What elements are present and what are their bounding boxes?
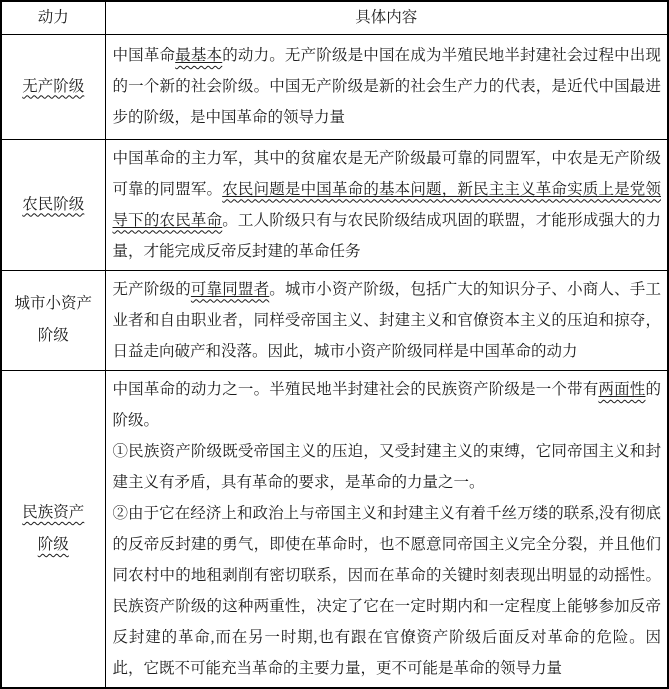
- emphasized-phrase: 可靠同盟者: [191, 281, 269, 298]
- header-cell-power: 动力: [1, 1, 105, 34]
- row-content-proletariat: 中国革命最基本的动力。无产阶级是中国在成为半殖民地半封建社会过程中出现的一个新的…: [105, 34, 668, 139]
- text-segment: 中国革命的动力之一。半殖民地半封建社会的民族资产阶级是一个带有: [113, 381, 599, 398]
- emphasized-phrase: 最基本: [175, 47, 222, 64]
- row-label-text: 阶级: [6, 529, 101, 561]
- table-row-urban-petty-bourgeoisie: 城市小资产阶级 无产阶级的可靠同盟者。城市小资产阶级，包括广大的知识分子、小商人…: [1, 270, 668, 370]
- row-content-national-bourgeoisie: 中国革命的动力之一。半殖民地半封建社会的民族资产阶级是一个带有两面性的阶级。①民…: [105, 370, 668, 688]
- row-label-text: 城市小资产: [6, 288, 101, 320]
- row-label-proletariat: 无产阶级: [1, 34, 105, 139]
- text-segment: ①民族资产阶级既受帝国主义的压迫，又受封建主义的束缚，它同帝国主义和封建主义有矛…: [113, 443, 662, 491]
- paragraph-point-1: ①民族资产阶级既受帝国主义的压迫，又受封建主义的束缚，它同帝国主义和封建主义有矛…: [113, 436, 662, 498]
- emphasized-phrase: 两面性: [598, 381, 645, 398]
- table-row-peasantry: 农民阶级 中国革命的主力军，其中的贫雇农是无产阶级最可靠的同盟军，中农是无产阶级…: [1, 139, 668, 270]
- row-label-text: 农民阶级: [6, 189, 101, 221]
- row-label-peasantry: 农民阶级: [1, 139, 105, 270]
- paragraph-point-2: ②由于它在经济上和政治上与帝国主义和封建主义有着千丝万缕的联系,没有彻底的反帝反…: [113, 498, 662, 684]
- text-segment: 无产阶级的: [113, 281, 191, 298]
- table-row-national-bourgeoisie: 民族资产阶级 中国革命的动力之一。半殖民地半封建社会的民族资产阶级是一个带有两面…: [1, 370, 668, 688]
- row-label-text: 民族资产: [6, 497, 101, 529]
- row-label-urban-petty-bourgeoisie: 城市小资产阶级: [1, 270, 105, 370]
- row-content-urban-petty-bourgeoisie: 无产阶级的可靠同盟者。城市小资产阶级，包括广大的知识分子、小商人、手工业者和自由…: [105, 270, 668, 370]
- revolution-forces-table: 动力 具体内容 无产阶级 中国革命最基本的动力。无产阶级是中国在成为半殖民地半封…: [0, 0, 669, 689]
- text-segment: 中国革命: [113, 47, 176, 64]
- paragraph-intro: 中国革命的动力之一。半殖民地半封建社会的民族资产阶级是一个带有两面性的阶级。: [113, 374, 662, 436]
- row-label-text: 阶级: [6, 320, 101, 352]
- paragraph: 中国革命的主力军，其中的贫雇农是无产阶级最可靠的同盟军，中农是无产阶级可靠的同盟…: [113, 143, 662, 267]
- text-segment: ②由于它在经济上和政治上与帝国主义和封建主义有着千丝万缕的联系,没有彻底的反帝反…: [113, 505, 662, 677]
- table-row-proletariat: 无产阶级 中国革命最基本的动力。无产阶级是中国在成为半殖民地半封建社会过程中出现…: [1, 34, 668, 139]
- paragraph: 中国革命最基本的动力。无产阶级是中国在成为半殖民地半封建社会过程中出现的一个新的…: [113, 40, 662, 133]
- paragraph: 无产阶级的可靠同盟者。城市小资产阶级，包括广大的知识分子、小商人、手工业者和自由…: [113, 274, 662, 367]
- header-row: 动力 具体内容: [1, 1, 668, 34]
- row-content-peasantry: 中国革命的主力军，其中的贫雇农是无产阶级最可靠的同盟军，中农是无产阶级可靠的同盟…: [105, 139, 668, 270]
- row-label-national-bourgeoisie: 民族资产阶级: [1, 370, 105, 688]
- row-label-text: 无产阶级: [6, 71, 101, 103]
- header-cell-content: 具体内容: [105, 1, 668, 34]
